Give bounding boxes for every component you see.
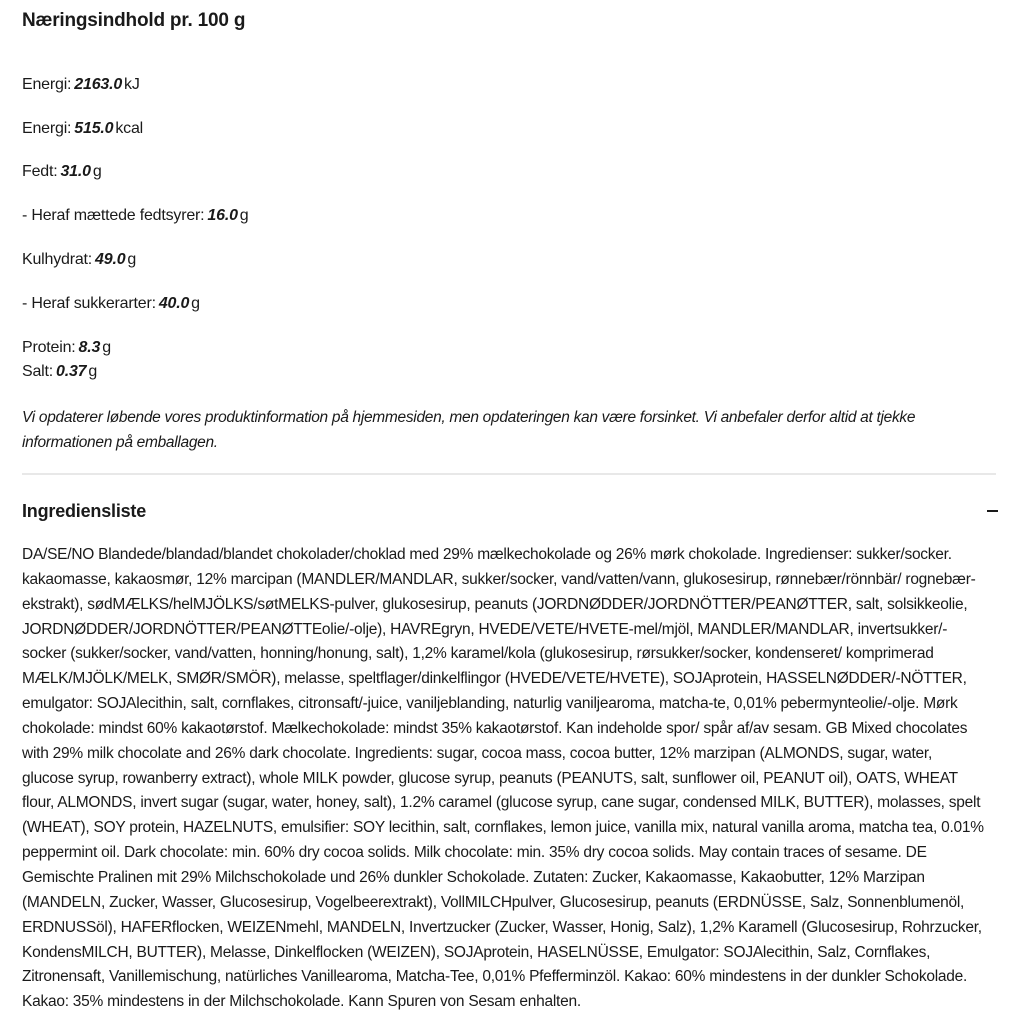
minus-icon[interactable]	[987, 510, 998, 512]
nutrition-unit: g	[93, 163, 102, 180]
nutrition-value: 16.0	[207, 207, 237, 224]
nutrition-row-sugars: - Heraf sukkerarter:40.0g	[22, 295, 200, 313]
nutrition-row-energy-kj: Energi:2163.0kJ	[22, 76, 140, 94]
nutrition-label: Energi:	[22, 120, 71, 137]
nutrition-label: Energi:	[22, 76, 71, 93]
nutrition-unit: kcal	[115, 120, 143, 137]
nutrition-unit: kJ	[124, 76, 140, 93]
ingredients-text: DA/SE/NO Blandede/blandad/blandet chokol…	[22, 543, 984, 1015]
nutrition-label: Fedt:	[22, 163, 57, 180]
nutrition-value: 0.37	[56, 363, 86, 380]
nutrition-row-carbohydrate: Kulhydrat:49.0g	[22, 251, 136, 269]
nutrition-unit: g	[240, 207, 249, 224]
nutrition-row-salt: Salt:0.37g	[22, 363, 97, 381]
nutrition-value: 2163.0	[74, 76, 122, 93]
nutrition-label: Protein:	[22, 339, 76, 356]
nutrition-label: - Heraf mættede fedtsyrer:	[22, 207, 204, 224]
nutrition-unit: g	[127, 251, 136, 268]
nutrition-unit: g	[88, 363, 97, 380]
nutrition-row-energy-kcal: Energi:515.0kcal	[22, 120, 143, 138]
nutrition-row-saturated-fat: - Heraf mættede fedtsyrer:16.0g	[22, 207, 248, 225]
nutrition-unit: g	[102, 339, 111, 356]
ingredients-title: Ingrediensliste	[22, 501, 146, 522]
nutrition-label: Salt:	[22, 363, 53, 380]
nutrition-value: 40.0	[159, 295, 189, 312]
nutrition-unit: g	[191, 295, 200, 312]
nutrition-row-protein: Protein:8.3g	[22, 339, 111, 357]
nutrition-value: 31.0	[60, 163, 90, 180]
nutrition-value: 515.0	[74, 120, 113, 137]
nutrition-value: 8.3	[79, 339, 101, 356]
nutrition-label: - Heraf sukkerarter:	[22, 295, 156, 312]
nutrition-label: Kulhydrat:	[22, 251, 92, 268]
nutrition-row-fat: Fedt:31.0g	[22, 163, 102, 181]
ingredients-accordion-header[interactable]: Ingrediensliste	[22, 494, 998, 528]
nutrition-title: Næringsindhold pr. 100 g	[22, 10, 245, 32]
nutrition-disclaimer: Vi opdaterer løbende vores produktinform…	[22, 405, 982, 455]
nutrition-value: 49.0	[95, 251, 125, 268]
section-divider	[22, 473, 996, 475]
